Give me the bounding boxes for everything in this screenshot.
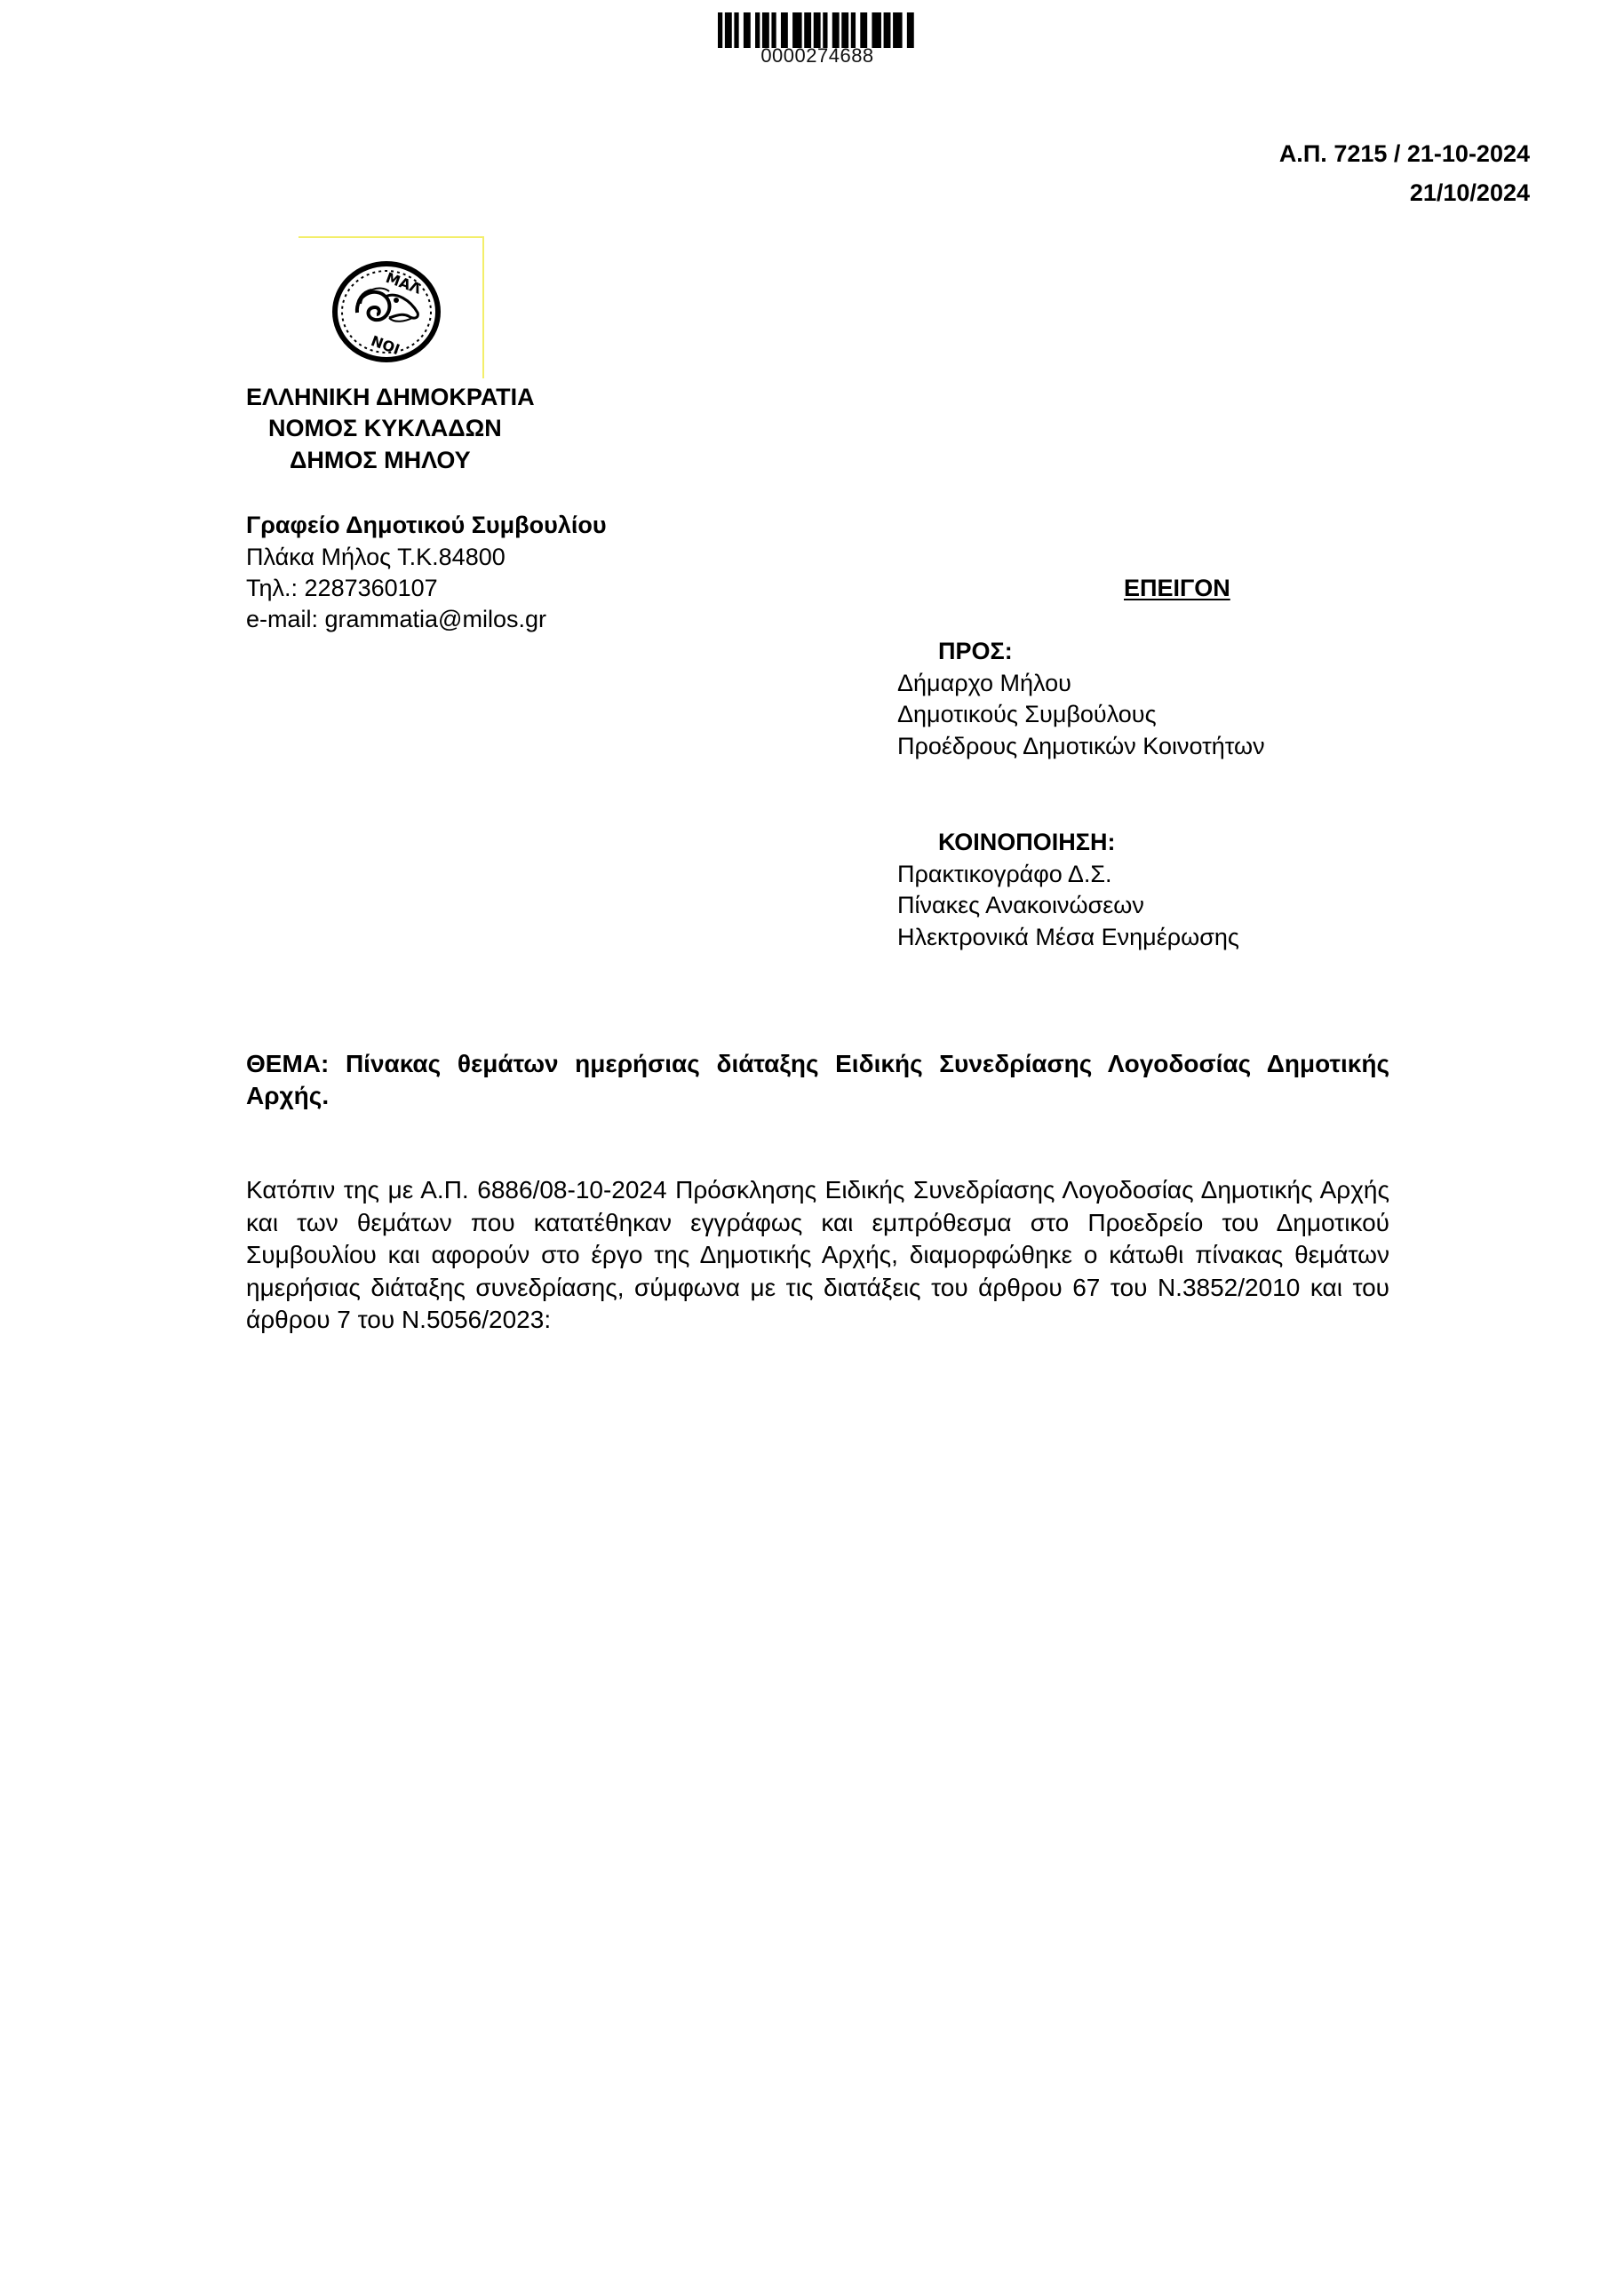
- header-municipality: ΔΗΜΟΣ ΜΗΛΟΥ: [290, 447, 471, 474]
- office-phone: Τηλ.: 2287360107: [246, 575, 438, 602]
- subject-line: ΘΕΜΑ: Πίνακας θεμάτων ημερήσιας διάταξης…: [246, 1048, 1389, 1112]
- cc-label: ΚΟΙΝΟΠΟΙΗΣΗ:: [938, 829, 1115, 856]
- recipient-item: Δημοτικούς Συμβούλους: [897, 701, 1157, 728]
- protocol-date: 21/10/2024: [1410, 179, 1530, 207]
- barcode-icon: [718, 12, 919, 48]
- urgent-label: ΕΠΕΙΓΟΝ: [1124, 575, 1230, 602]
- protocol-number: Α.Π. 7215 / 21-10-2024: [1279, 140, 1530, 168]
- frame-line-horizontal: [299, 236, 483, 238]
- cc-item: Ηλεκτρονικά Μέσα Ενημέρωσης: [897, 924, 1239, 951]
- body-paragraph: Κατόπιν της με Α.Π. 6886/08-10-2024 Πρόσ…: [246, 1174, 1389, 1337]
- cc-item: Πίνακες Ανακοινώσεων: [897, 892, 1144, 919]
- cc-item: Πρακτικογράφο Δ.Σ.: [897, 861, 1112, 888]
- header-prefecture: ΝΟΜΟΣ ΚΥΚΛΑΔΩΝ: [268, 415, 502, 442]
- frame-line-vertical: [482, 236, 484, 378]
- office-address: Πλάκα Μήλος Τ.Κ.84800: [246, 544, 506, 571]
- recipient-item: Προέδρους Δημοτικών Κοινοτήτων: [897, 733, 1265, 760]
- office-email: e-mail: grammatia@milos.gr: [246, 606, 546, 633]
- recipients-label: ΠΡΟΣ:: [938, 638, 1013, 665]
- header-republic: ΕΛΛΗΝΙΚΗ ΔΗΜΟΚΡΑΤΙΑ: [246, 384, 535, 411]
- recipient-item: Δήμαρχο Μήλου: [897, 670, 1071, 697]
- coin-ram-emblem-icon: ΜΑΛ ΙΟΝ: [330, 259, 442, 364]
- barcode-number: 0000274688: [711, 44, 924, 68]
- office-name: Γραφείο Δημοτικού Συμβουλίου: [246, 512, 607, 539]
